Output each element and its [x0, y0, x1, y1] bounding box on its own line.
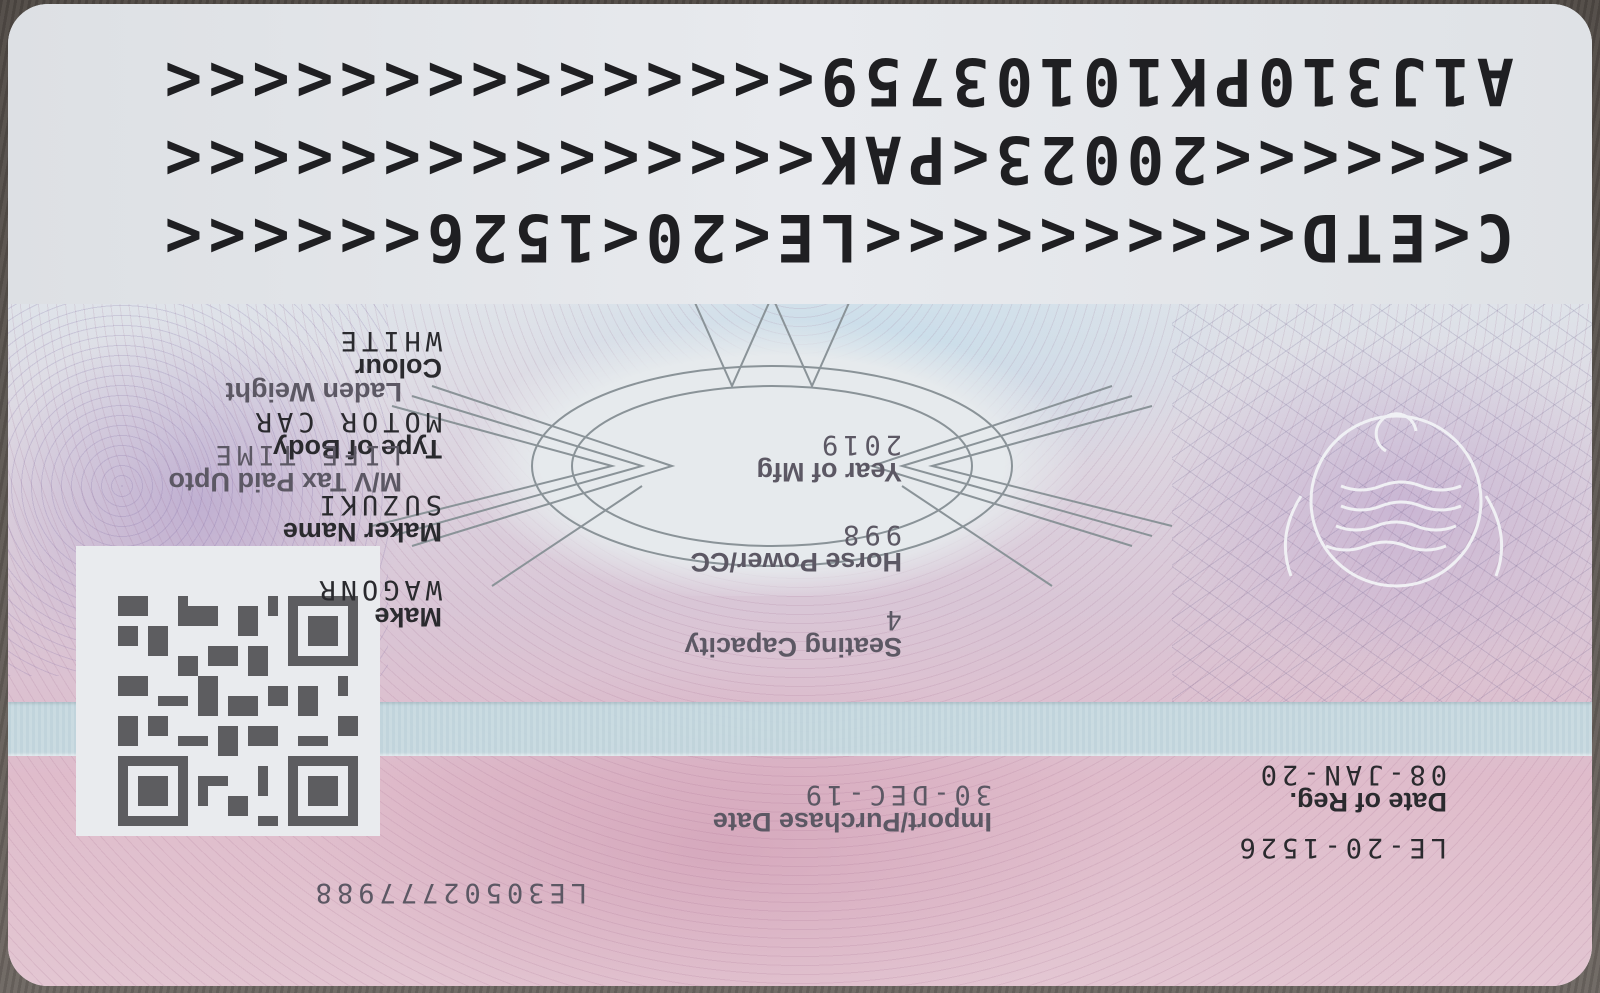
mrz-zone: C<ETD<<<<<<<<<<LE<20<1526<<<<<< <<<<<<<2…	[8, 4, 1592, 304]
registration-no-value: LE-20-1526	[1234, 833, 1447, 861]
year-of-mfg-value: 2019	[756, 429, 902, 457]
field-date-of-reg: Date of Reg. 08-JAN-20	[1256, 759, 1447, 816]
mrz-line-3: A1J310PK10103759<<<<<<<<<<<<<<<	[158, 43, 1514, 120]
horse-power-label: Horse Power/CC	[690, 548, 902, 576]
laden-weight-label: Laden Weight	[225, 378, 402, 406]
field-seating-capacity: Seating Capacity 4	[684, 604, 902, 661]
field-horse-power: Horse Power/CC 998	[690, 519, 902, 576]
date-of-reg-label: Date of Reg.	[1256, 788, 1447, 816]
serial-no-value: LE30502777988	[311, 878, 587, 906]
state-emblem-hologram-icon	[1266, 396, 1516, 616]
field-year-of-mfg: Year of Mfg 2019	[756, 429, 902, 486]
year-of-mfg-label: Year of Mfg	[756, 458, 902, 486]
tax-paid-value: LIFE TIME	[168, 439, 402, 467]
field-laden-weight: Laden Weight	[225, 378, 402, 406]
mrz-line-2: <<<<<<<20023<PAK<<<<<<<<<<<<<<<	[158, 121, 1514, 198]
field-registration-no: LE-20-1526	[1234, 833, 1447, 861]
colour-value: WHITE	[336, 325, 442, 353]
tax-paid-label: M/V Tax Paid Upto	[168, 468, 402, 496]
field-make: Make WAGONR	[314, 574, 442, 631]
mrz-line-1: C<ETD<<<<<<<<<<LE<20<1526<<<<<<	[158, 199, 1514, 276]
maker-name-label: Maker Name	[283, 518, 442, 546]
date-of-reg-value: 08-JAN-20	[1256, 759, 1447, 787]
field-serial-no: LE30502777988	[311, 878, 587, 906]
import-purchase-date-label: Import/Purchase Date	[713, 808, 992, 836]
type-of-body-value: MOTOR CAR	[251, 406, 442, 434]
make-value: WAGONR	[314, 574, 442, 602]
security-background: Make WAGONR Maker Name SUZUKI Type of Bo…	[8, 296, 1592, 986]
registration-card: Make WAGONR Maker Name SUZUKI Type of Bo…	[8, 4, 1592, 986]
seating-capacity-label: Seating Capacity	[684, 633, 902, 661]
field-import-purchase-date: Import/Purchase Date 30-DEC-19	[713, 779, 992, 836]
horse-power-value: 998	[690, 519, 902, 547]
field-maker-name: Maker Name SUZUKI	[283, 489, 442, 546]
field-tax-paid: M/V Tax Paid Upto LIFE TIME	[168, 439, 402, 496]
make-label: Make	[314, 603, 442, 631]
seating-capacity-value: 4	[684, 604, 902, 632]
import-purchase-date-value: 30-DEC-19	[713, 779, 992, 807]
field-colour: Colour WHITE	[336, 325, 442, 382]
